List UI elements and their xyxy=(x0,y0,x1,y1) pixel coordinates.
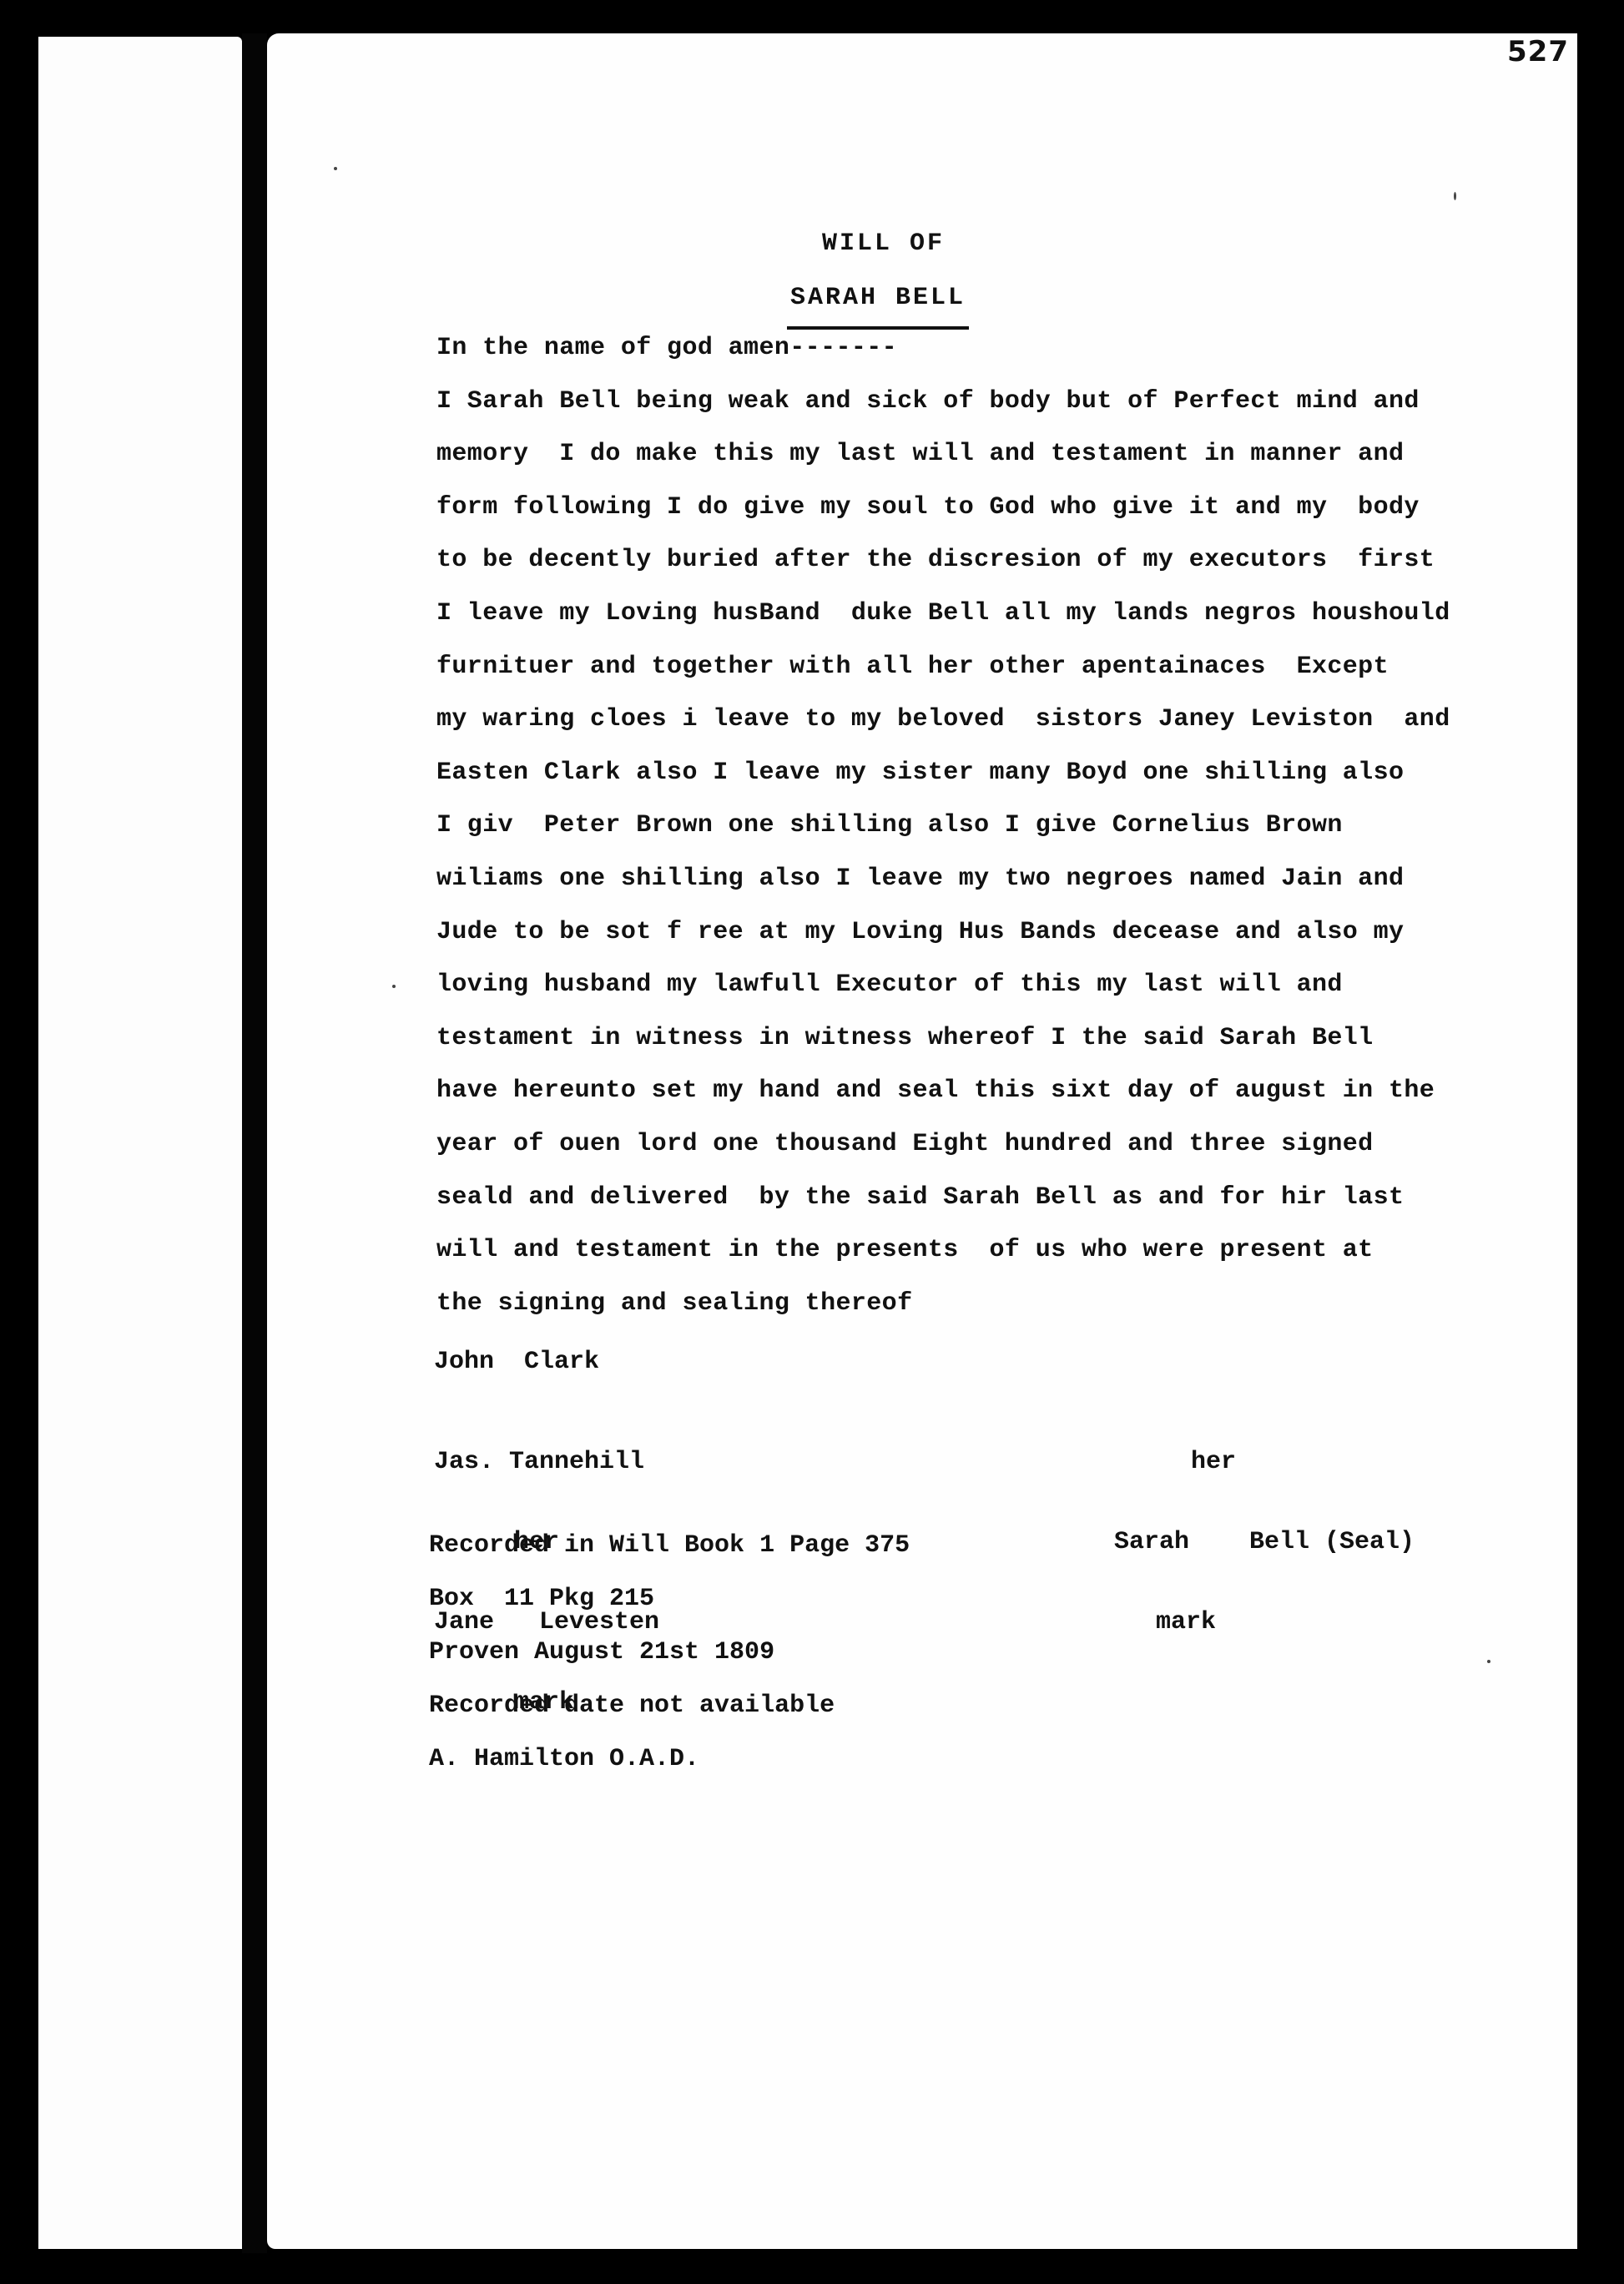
body-line: my waring cloes i leave to my beloved si… xyxy=(436,693,1555,747)
record-box-package: Box 11 Pkg 215 xyxy=(429,1572,910,1626)
paper-speck xyxy=(392,985,396,988)
paper-speck xyxy=(334,167,337,170)
paper-speck xyxy=(1487,1660,1490,1663)
record-info: Recorded in Will Book 1 Page 375 Box 11 … xyxy=(429,1519,910,1786)
record-clerk: A. Hamilton O.A.D. xyxy=(429,1732,910,1786)
paper-speck xyxy=(1454,192,1456,200)
witness-tannehill: Jas. Tannehill xyxy=(434,1449,659,1475)
testator-her-label: her xyxy=(1114,1449,1415,1475)
facing-page-left xyxy=(38,37,242,2249)
body-line: form following I do give my soul to God … xyxy=(436,482,1555,535)
page-number: 527 xyxy=(1507,35,1569,68)
testator-signature-block: her Sarah Bell (Seal) mark xyxy=(1114,1395,1415,1689)
body-line: will and testament in the presents of us… xyxy=(436,1224,1555,1278)
testator-name-seal: Sarah Bell (Seal) xyxy=(1114,1529,1415,1555)
document-title: WILL OF xyxy=(822,217,945,270)
document-subtitle: SARAH BELL xyxy=(787,271,969,330)
record-proven-date: Proven August 21st 1809 xyxy=(429,1626,910,1679)
body-line: wiliams one shilling also I leave my two… xyxy=(436,853,1555,906)
body-line: memory I do make this my last will and t… xyxy=(436,428,1555,482)
will-body: In the name of god amen------- I Sarah B… xyxy=(436,322,1555,1330)
body-line: testament in witness in witness whereof … xyxy=(436,1012,1555,1066)
body-line: furnituer and together with all her othe… xyxy=(436,641,1555,694)
body-line: year of ouen lord one thousand Eight hun… xyxy=(436,1118,1555,1172)
body-line: seald and delivered by the said Sarah Be… xyxy=(436,1172,1555,1225)
body-line: loving husband my lawfull Executor of th… xyxy=(436,959,1555,1012)
body-line: I Sarah Bell being weak and sick of body… xyxy=(436,376,1555,429)
body-line: I giv Peter Brown one shilling also I gi… xyxy=(436,799,1555,853)
body-line: the signing and sealing thereof xyxy=(436,1278,1555,1331)
witness-john-clark: John Clark xyxy=(434,1335,599,1389)
testator-mark-label: mark xyxy=(1114,1609,1415,1636)
record-recorded-date: Recorded date not available xyxy=(429,1679,910,1732)
body-line: Easten Clark also I leave my sister many… xyxy=(436,747,1555,800)
body-line: have hereunto set my hand and seal this … xyxy=(436,1065,1555,1118)
record-book-page: Recorded in Will Book 1 Page 375 xyxy=(429,1519,910,1572)
body-line: In the name of god amen------- xyxy=(436,322,1555,376)
body-line: I leave my Loving husBand duke Bell all … xyxy=(436,587,1555,641)
body-line: Jude to be sot f ree at my Loving Hus Ba… xyxy=(436,906,1555,960)
body-line: to be decently buried after the discresi… xyxy=(436,534,1555,587)
book-gutter xyxy=(242,33,267,2253)
